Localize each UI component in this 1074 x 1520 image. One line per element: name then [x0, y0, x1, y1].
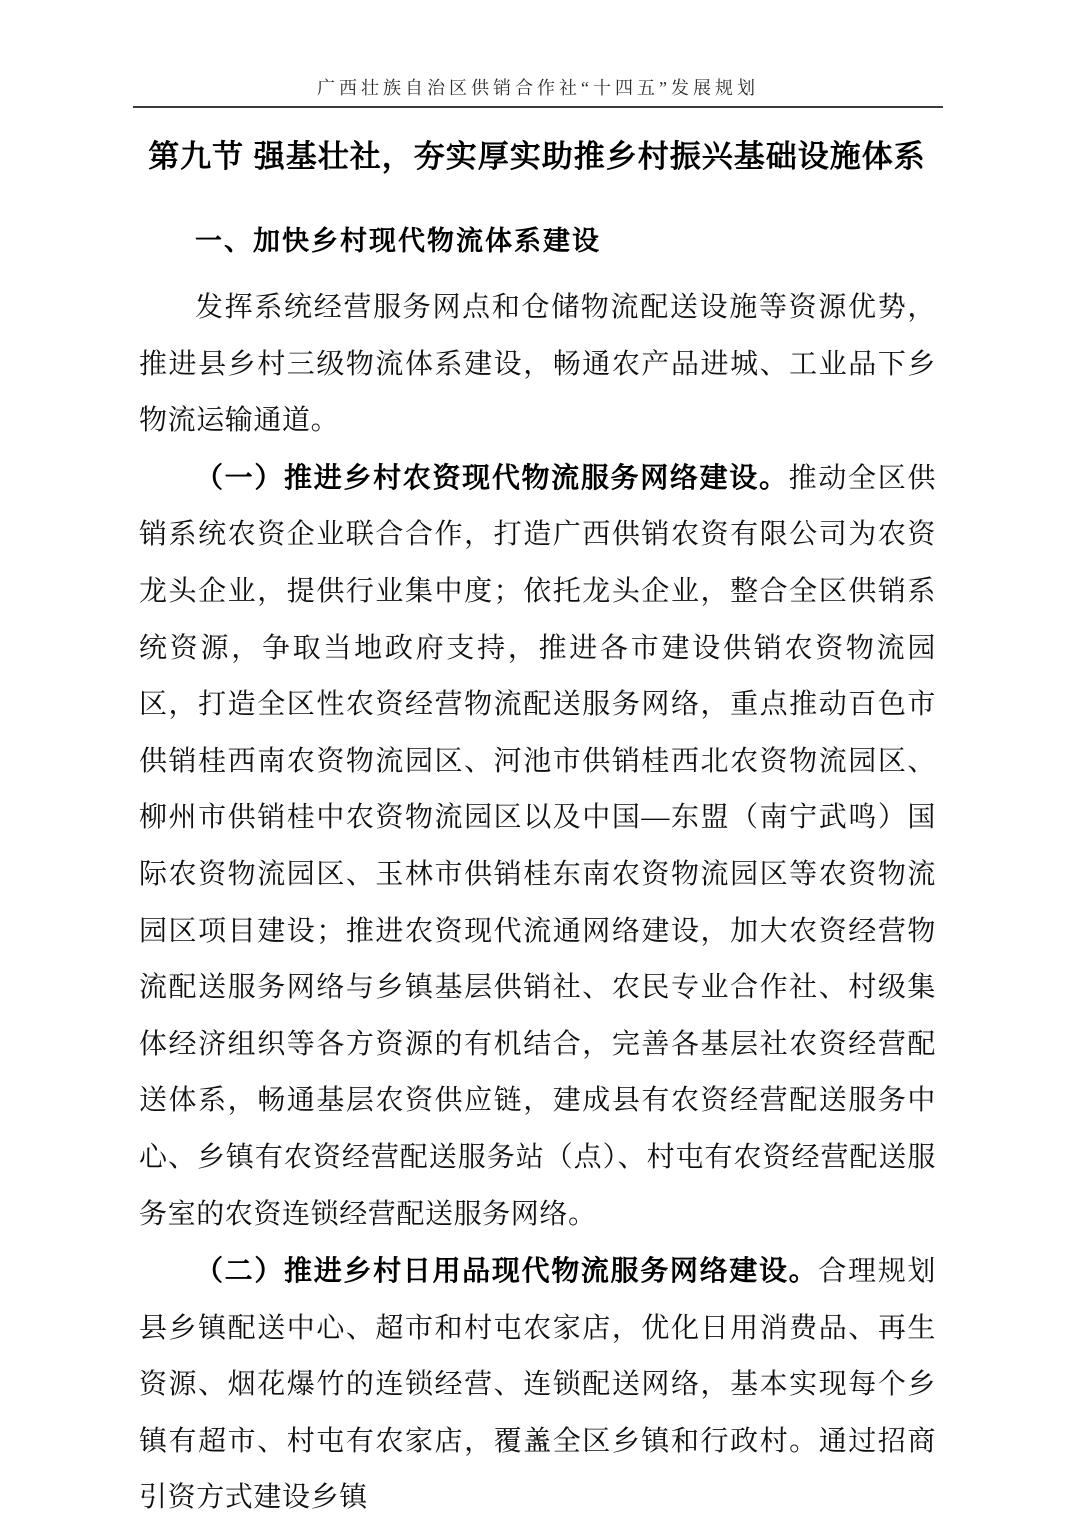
paragraph-lead: （二）推进乡村日用品现代物流服务网络建设。: [195, 1255, 818, 1286]
header-title: 广西壮族自治区供销合作社“十四五”发展规划: [133, 74, 943, 100]
section-heading: 一、加快乡村现代物流体系建设: [139, 222, 936, 260]
paragraph-text: 发挥系统经营服务网点和仓储物流配送设施等资源优势，推进县乡村三级物流体系建设，畅…: [139, 292, 936, 436]
document-page: 广西壮族自治区供销合作社“十四五”发展规划 第九节 强基壮社，夯实厚实助推乡村振…: [0, 0, 1074, 1520]
paragraph: （二）推进乡村日用品现代物流服务网络建设。合理规划县乡镇配送中心、超市和村屯农家…: [139, 1243, 936, 1520]
document-body: 一、加快乡村现代物流体系建设 发挥系统经营服务网点和仓储物流配送设施等资源优势，…: [139, 222, 936, 1520]
paragraph-text: 合理规划县乡镇配送中心、超市和村屯农家店，优化日用消费品、再生资源、烟花爆竹的连…: [139, 1256, 936, 1513]
document-header: 广西壮族自治区供销合作社“十四五”发展规划: [133, 74, 943, 108]
paragraph-text: 推动全区供销系统农资企业联合合作，打造广西供销农资有限公司为农资龙头企业，提供行…: [139, 463, 936, 1230]
page-number: 36: [0, 1432, 1074, 1452]
paragraph: （一）推进乡村农资现代物流服务网络建设。推动全区供销系统农资企业联合合作，打造广…: [139, 450, 936, 1243]
paragraph: 发挥系统经营服务网点和仓储物流配送设施等资源优势，推进县乡村三级物流体系建设，畅…: [139, 280, 936, 450]
paragraph-lead: （一）推进乡村农资现代物流服务网络建设。: [195, 462, 789, 493]
document-title: 第九节 强基壮社，夯实厚实助推乡村振兴基础设施体系: [0, 131, 1074, 176]
